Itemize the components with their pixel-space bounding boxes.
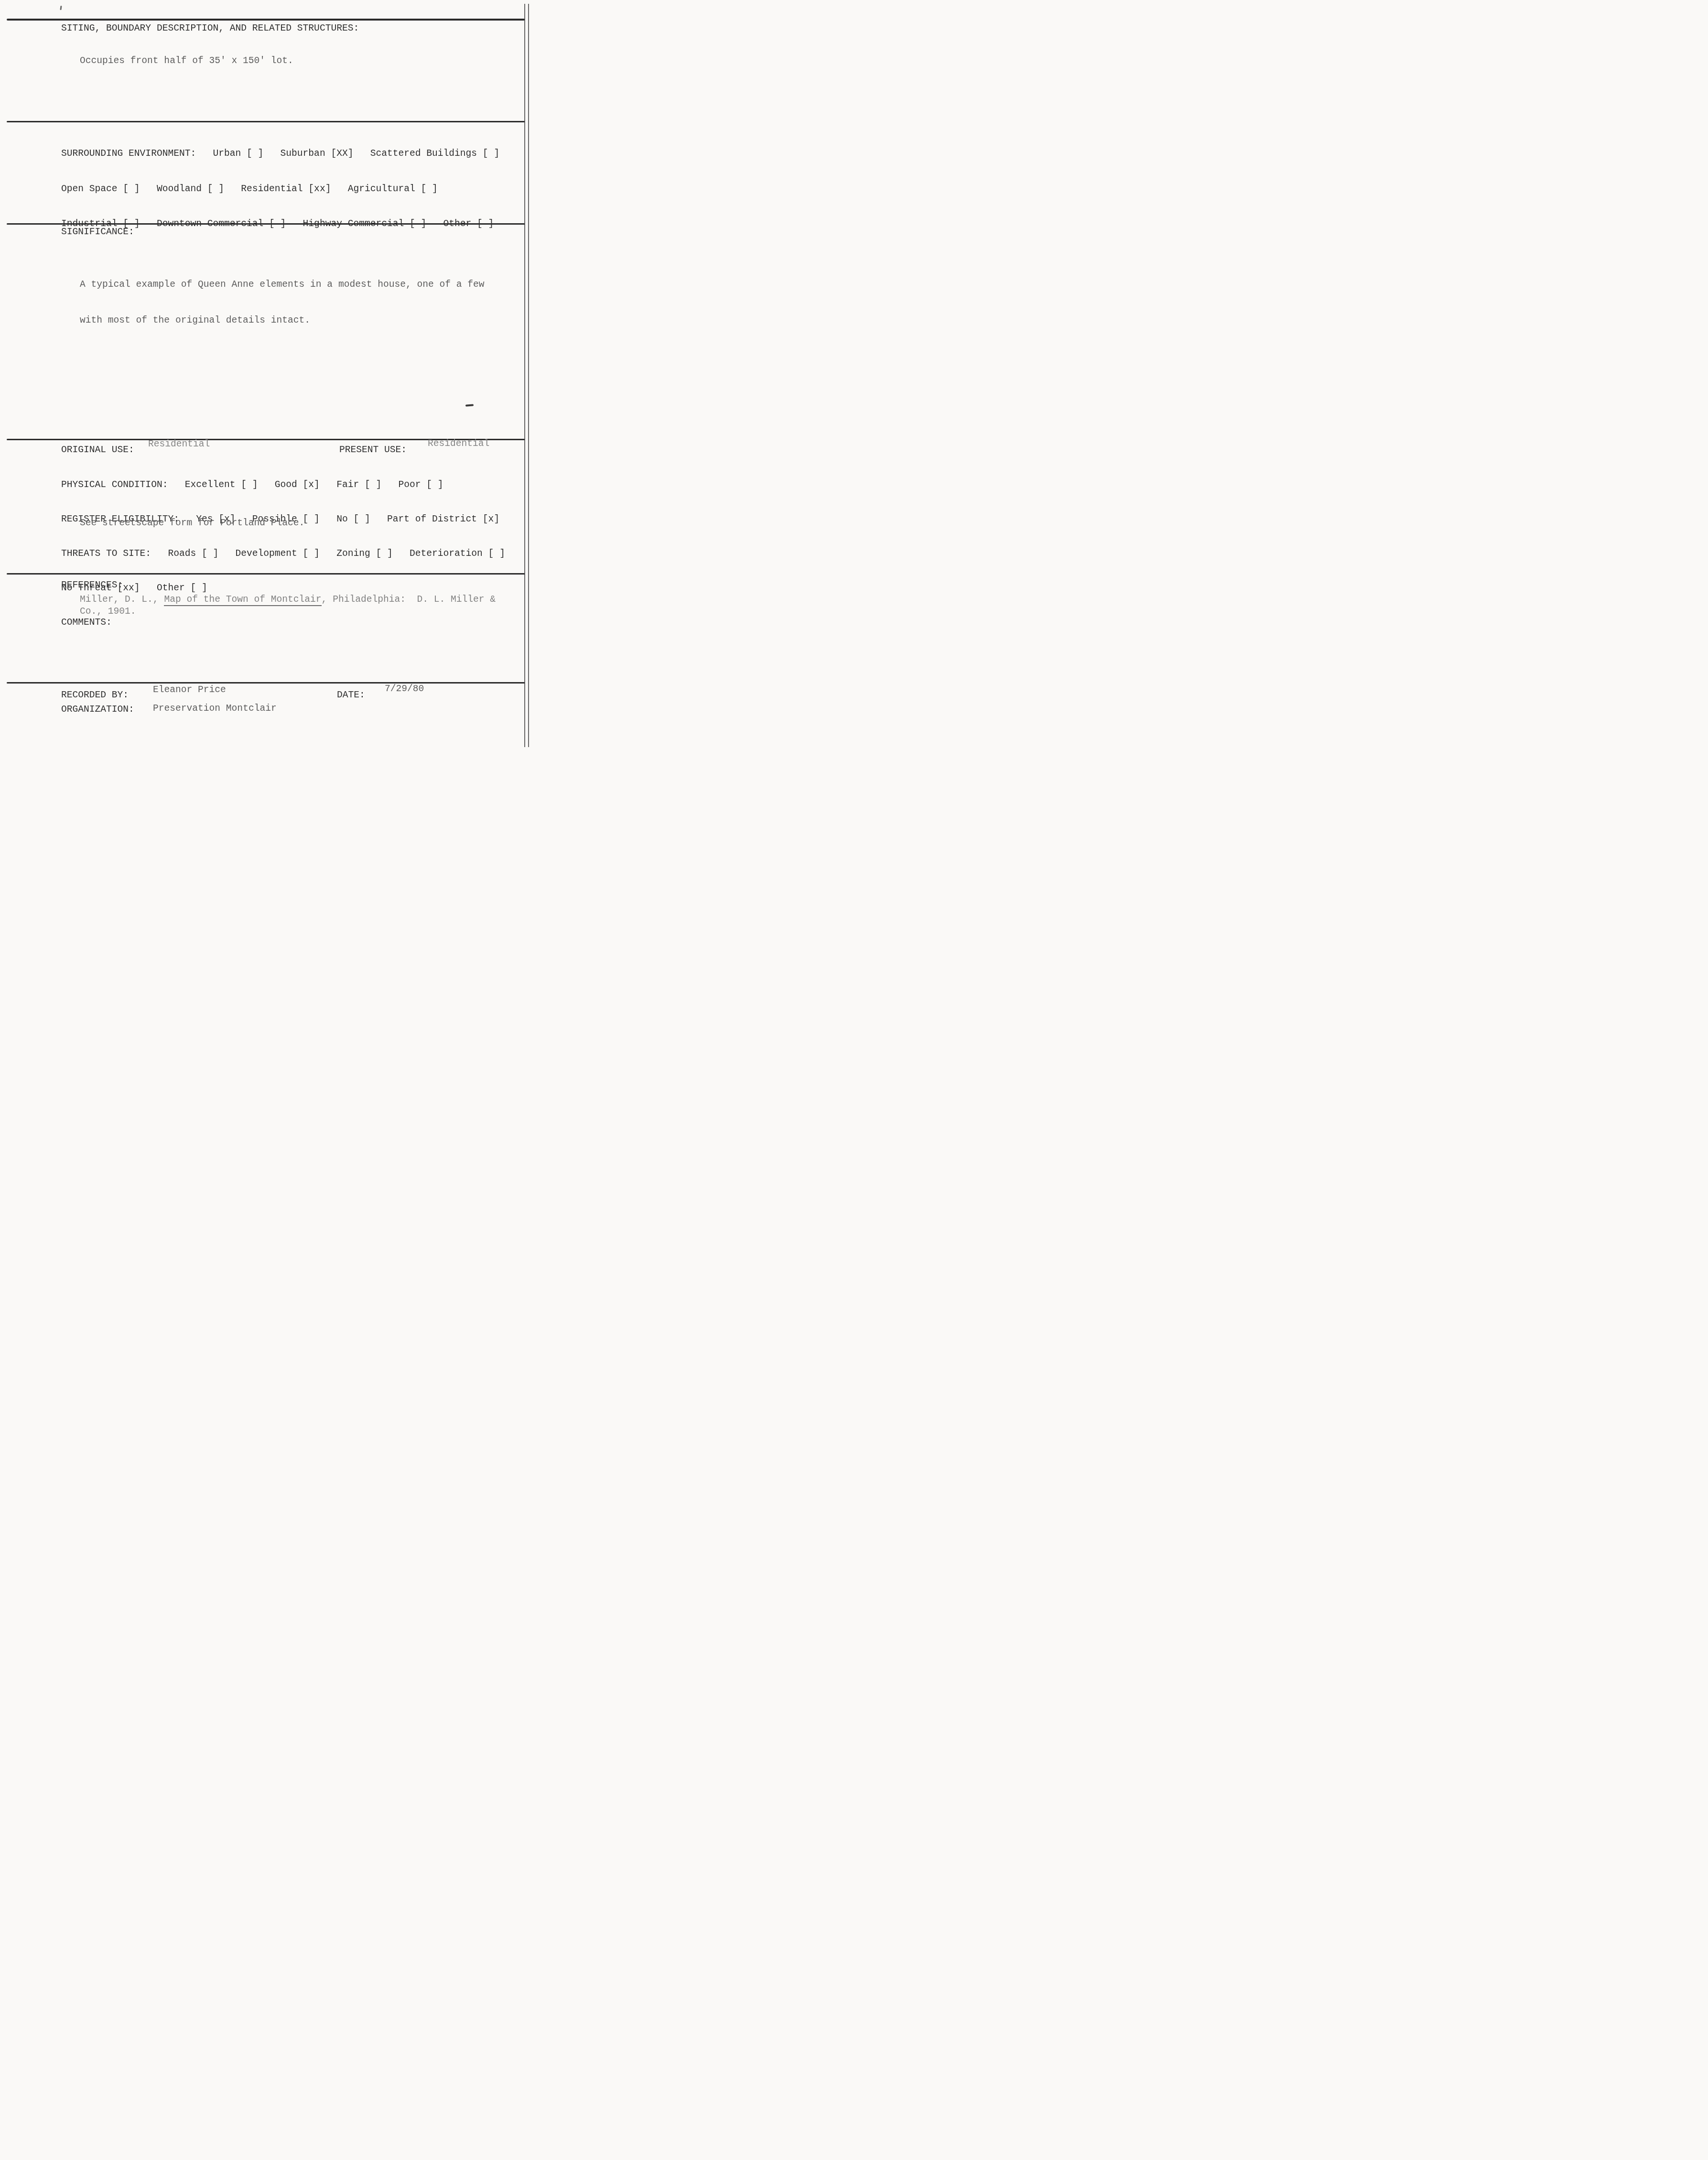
margin-dash-mark [465, 404, 474, 406]
reference-citation-line-1: Miller, D. L., Map of the Town of Montcl… [80, 594, 496, 606]
significance-text-line-2: with most of the original details intact… [80, 315, 485, 326]
section-title-significance: SIGNIFICANCE: [61, 226, 134, 238]
siting-entry-text: Occupies front half of 35' x 150' lot. [80, 55, 293, 67]
page-edge-line-inner [528, 4, 529, 747]
citation-author: Miller, D. L., [80, 594, 164, 605]
no-threat-row: No Threat [xx] Other [ ] [61, 582, 505, 594]
present-use-value: Residential [428, 438, 489, 450]
section-title-references: REFERENCES: [61, 579, 123, 591]
present-use-label: PRESENT USE: [339, 444, 407, 456]
physical-condition-row: PHYSICAL CONDITION: Excellent [ ] Good [… [61, 479, 505, 490]
section-title-siting: SITING, BOUNDARY DESCRIPTION, AND RELATE… [61, 22, 359, 34]
comments-entry-text: See streetscape form for Portland Place. [80, 517, 304, 529]
stray-tick-mark [60, 6, 62, 10]
environment-options-row-2: Open Space [ ] Woodland [ ] Residential … [61, 183, 499, 195]
citation-publisher: , Philadelphia: D. L. Miller & [322, 594, 496, 605]
organization-value: Preservation Montclair [153, 703, 277, 715]
section-divider [7, 121, 525, 122]
recorded-by-value: Eleanor Price [153, 684, 226, 696]
significance-text-line-1: A typical example of Queen Anne elements… [80, 279, 485, 291]
organization-label: ORGANIZATION: [61, 704, 134, 716]
scanned-survey-form-page: SITING, BOUNDARY DESCRIPTION, AND RELATE… [0, 0, 591, 747]
original-use-label: ORIGINAL USE: [61, 444, 134, 456]
page-edge-line-outer [524, 4, 525, 747]
environment-options-row-1: SURROUNDING ENVIRONMENT: Urban [ ] Subur… [61, 148, 499, 160]
section-divider [7, 19, 525, 21]
recorded-by-label: RECORDED BY: [61, 689, 129, 701]
date-label: DATE: [337, 689, 365, 701]
section-divider [7, 682, 525, 684]
threats-to-site-row: THREATS TO SITE: Roads [ ] Development [… [61, 548, 505, 559]
citation-underlined-title: Map of the Town of Montclair [164, 594, 321, 606]
original-use-value: Residential [148, 438, 210, 450]
comments-label: COMMENTS: [61, 617, 505, 628]
date-value: 7/29/80 [385, 683, 424, 695]
reference-citation-line-2: Co., 1901. [80, 606, 136, 618]
